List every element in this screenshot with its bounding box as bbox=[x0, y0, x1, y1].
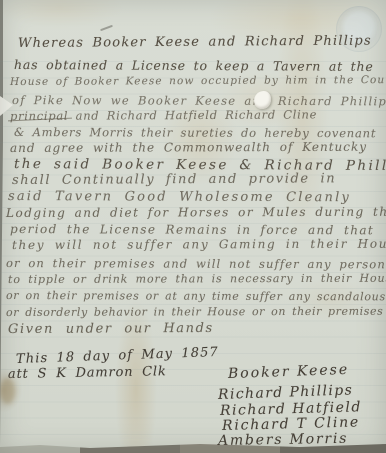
manuscript-line: or on their premises and will not suffer… bbox=[6, 256, 386, 271]
manuscript-line: of Pike Now we Booker Keese and Richard … bbox=[12, 93, 386, 108]
manuscript-line: House of Booker Keese now occupied by hi… bbox=[10, 74, 386, 88]
manuscript-line: they will not suffer any Gaming in their… bbox=[12, 237, 386, 252]
manuscript-line: and agree with the Commonwealth of Kentu… bbox=[10, 140, 367, 155]
manuscript-line: shall Continually find and provide in bbox=[12, 171, 336, 188]
manuscript-line: period the License Remains in force and … bbox=[10, 222, 374, 237]
manuscript-line: & Ambers Morris their sureties do hereby… bbox=[14, 125, 376, 140]
signature: Ambers Morris bbox=[218, 431, 348, 449]
manuscript-line: said Tavern Good Wholesome Cleanly bbox=[8, 189, 351, 205]
manuscript-line: principal and Richard Hatfield Richard C… bbox=[10, 107, 317, 123]
manuscript-line: or disorderly behavior in their House or… bbox=[6, 305, 383, 319]
manuscript-line: to tipple or drink more than is necessar… bbox=[8, 272, 386, 286]
ink-smudge bbox=[0, 378, 15, 404]
manuscript-line: has obtained a License to keep a Tavern … bbox=[14, 57, 374, 74]
manuscript-line: Given under our Hands bbox=[8, 321, 214, 337]
manuscript-line: Lodging and diet for Horses or Mules dur… bbox=[6, 205, 386, 220]
manuscript-line: or on their premises or at any time suff… bbox=[6, 289, 386, 303]
paper-hole bbox=[254, 91, 271, 109]
attest-line: att S K Damron Clk bbox=[8, 364, 167, 382]
manuscript-line: Whereas Booker Keese and Richard Phillip… bbox=[18, 34, 372, 51]
